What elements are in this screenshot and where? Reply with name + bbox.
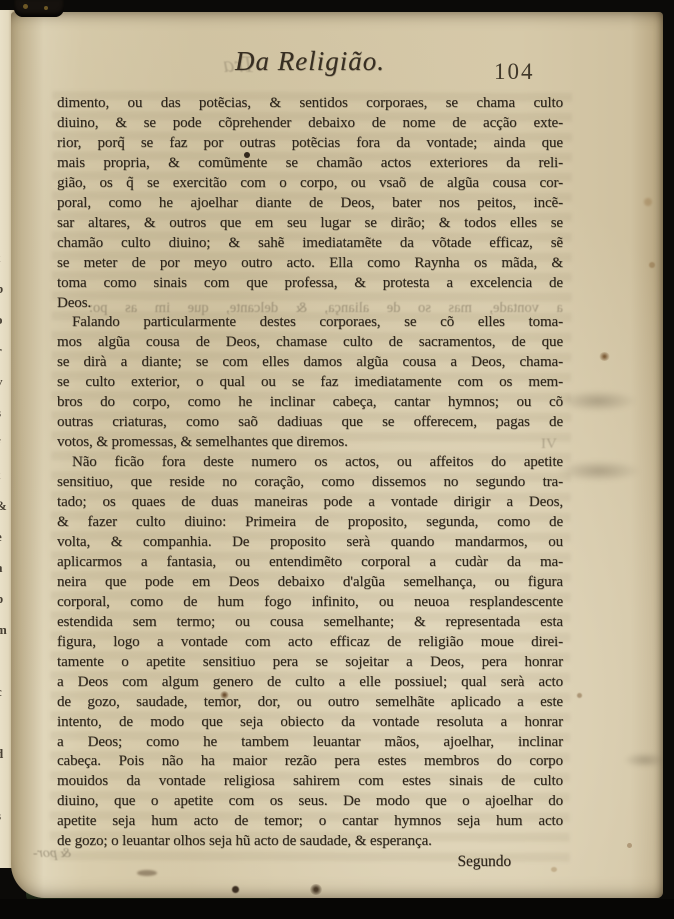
text-line: diuino, que o apetite com os seus. De mo… xyxy=(57,792,563,812)
text-line: se meter de por meyo outro acto. Ella co… xyxy=(57,254,563,274)
text-line: se dirà a diante; se com elles damos alg… xyxy=(57,353,563,373)
page-header: Da Religião. 104 xyxy=(57,46,563,90)
text-line: sar altares, & outros que em seu lugar s… xyxy=(57,214,563,234)
book-page: Tra Da Religião. 104 a vontade, mas so d… xyxy=(11,12,663,898)
foxing-stain xyxy=(649,262,655,268)
text-line: tamente o apetite sensitiuo pera se soje… xyxy=(57,653,563,673)
foxing-stain xyxy=(627,843,632,848)
catchword: Segundo xyxy=(57,852,563,872)
foxing-stain xyxy=(220,691,229,699)
text-line: de gozo; o leuantar olhos seja hũ acto d… xyxy=(57,832,563,852)
text-line: Deos. xyxy=(57,294,563,314)
text-line: poral, como he ajoelhar diante de Deos, … xyxy=(57,194,563,214)
text-line: volta, & companhia. De proposito serà qu… xyxy=(57,533,563,553)
text-line: mouidos da vontade religiosa sahirem com… xyxy=(57,772,563,792)
margin-smudge xyxy=(557,460,641,482)
paragraph: dimento, ou das potẽcias, & sentidos cor… xyxy=(57,94,563,313)
photo-bottom-border xyxy=(0,899,674,919)
text-line: cabeça. Pois não ha maior rezão pera est… xyxy=(57,752,563,772)
text-line: outras criaturas, como saõ dadiuas que s… xyxy=(57,413,563,433)
ink-stain xyxy=(244,152,250,158)
book-photograph: tborvsft&eapmlc;d:s. Tra Da Religião. 10… xyxy=(0,0,674,919)
page-number: 104 xyxy=(494,59,535,85)
text-line: a Deos; como he tambem leuantar mãos, aj… xyxy=(57,733,563,753)
clasp-pin xyxy=(44,6,48,10)
clasp-pin xyxy=(23,4,28,9)
foxing-stain xyxy=(310,884,322,895)
text-line: figura, logo a vontade com acto efficaz … xyxy=(57,633,563,653)
text-line: chamão culto diuino; & sahẽ imediatamẽte… xyxy=(57,234,563,254)
text-line: aplicarmos a fantasia, ou entendimẽto co… xyxy=(57,553,563,573)
foxing-stain xyxy=(137,870,157,876)
text-line: Não ficão fora deste numero os actos, ou… xyxy=(57,453,563,473)
foxing-stain xyxy=(577,693,582,698)
text-line: apetite seja hum acto de temor; o cantar… xyxy=(57,812,563,832)
gutter-fragments: tborvsft&eapmlc;d:s. xyxy=(0,250,9,870)
paragraph: Não ficão fora deste numero os actos, ou… xyxy=(57,453,563,852)
text-line: toma como sinais com que professa, & pro… xyxy=(57,274,563,294)
text-line: bros do corpo, como he inclinar cabeça, … xyxy=(57,393,563,413)
text-line: mos algũa cousa de Deos, chamase culto d… xyxy=(57,333,563,353)
text-line: rior, porq̃ se faz por outras potẽcias f… xyxy=(57,134,563,154)
text-line: votos, & promessas, & semelhantes que di… xyxy=(57,433,563,453)
text-line: mais propria, & comũmente se chamão acto… xyxy=(57,154,563,174)
foxing-stain xyxy=(644,198,652,206)
book-clasp xyxy=(14,0,64,17)
foxing-stain xyxy=(551,867,557,872)
text-line: intento, de modo que seja obiecto da von… xyxy=(57,713,563,733)
text-line: tado; os quaes de duas maneiras pode a v… xyxy=(57,493,563,513)
text-line: de gozo, saudade, temor, dor, ou outro s… xyxy=(57,693,563,713)
paragraph: Falando particularmente destes corporaes… xyxy=(57,313,563,453)
text-line: Falando particularmente destes corporaes… xyxy=(57,313,563,333)
text-line: a Deos com algum genero de culto a elle … xyxy=(57,673,563,693)
text-line: neira que pode em Deos debaixo d'algũa s… xyxy=(57,573,563,593)
margin-smudge xyxy=(559,390,637,412)
text-line: gião, os q̃ se exercitão com o corpo, ou… xyxy=(57,174,563,194)
text-block: dimento, ou das potẽcias, & sentidos cor… xyxy=(57,94,563,872)
running-header: Da Religião. xyxy=(57,46,563,77)
text-line: se culto exterior, o qual ou se faz imed… xyxy=(57,373,563,393)
text-line: estendida sem termo; ou cousa semelhante… xyxy=(57,613,563,633)
text-line: diuino, & se pode cõprehender debaixo de… xyxy=(57,114,563,134)
text-line: sensitiuo, que reside no coração, como d… xyxy=(57,473,563,493)
text-line: & fazer culto diuino: Primeira de propos… xyxy=(57,513,563,533)
foxing-stain xyxy=(599,352,610,361)
text-line: corporal, como de hum fogo infinito, ou … xyxy=(57,593,563,613)
margin-smudge xyxy=(623,752,663,768)
text-line: dimento, ou das potẽcias, & sentidos cor… xyxy=(57,94,563,114)
foxing-stain xyxy=(232,886,239,893)
